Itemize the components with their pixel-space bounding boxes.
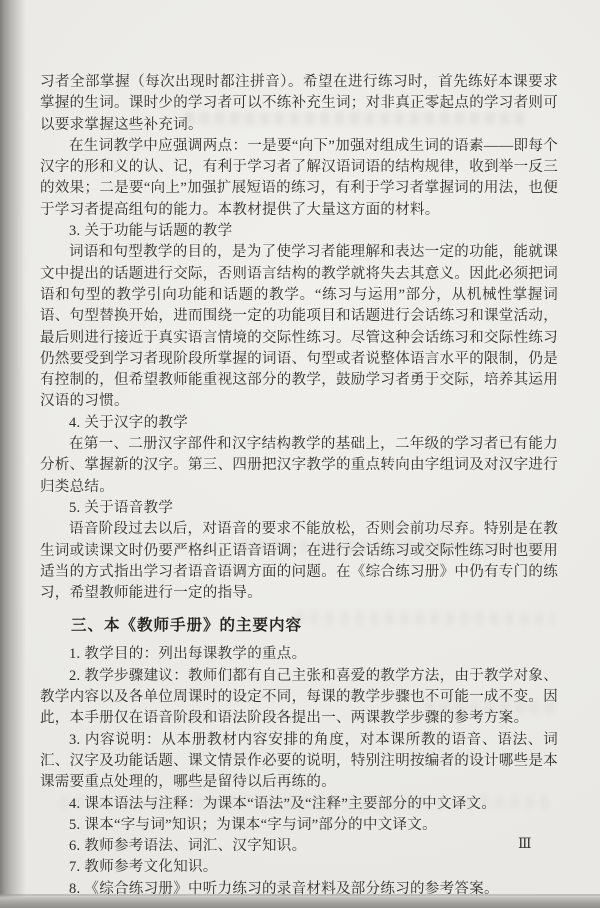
body-paragraph-hanzi: 在第一、二册汉字部件和汉字结构教学的基础上，二年级的学习者已有能力分析、掌握新的… <box>40 434 558 498</box>
subheading-phonetics-teaching: 5. 关于语音教学 <box>40 498 558 519</box>
manual-item-7: 7. 教师参考文化知识。 <box>40 857 558 878</box>
body-paragraph-vocab-continuation: 习者全部掌握（每次出现时都注拼音）。希望在进行练习时，首先练好本课要求掌握的生词… <box>40 72 558 136</box>
manual-item-2: 2. 教学步骤建议：教师们都有自己主张和喜爱的教学方法，由于教学对象、教学内容以… <box>40 666 558 730</box>
subheading-hanzi-teaching: 4. 关于汉字的教学 <box>40 413 558 434</box>
section-heading-manual-contents: 三、本《教师手册》的主要内容 <box>40 615 558 637</box>
manual-item-4: 4. 课本语法与注释：为课本“语法”及“注释”主要部分的中文译文。 <box>40 794 558 815</box>
scanned-book-page: 习者全部掌握（每次出现时都注拼音）。希望在进行练习时，首先练好本课要求掌握的生词… <box>0 0 600 908</box>
body-paragraph-vocab-two-points: 在生词教学中应强调两点：一是要“向下”加强对组成生词的语素——即每个汉字的形和义… <box>40 136 558 221</box>
page-content: 习者全部掌握（每次出现时都注拼音）。希望在进行练习时，首先练好本课要求掌握的生词… <box>40 72 558 900</box>
scan-edge-left-shadow <box>0 0 26 908</box>
body-paragraph-function-topic: 词语和句型教学的目的，是为了使学习者能理解和表达一定的功能，能就课文中提出的话题… <box>40 242 558 412</box>
subheading-function-topic-teaching: 3. 关于功能与话题的教学 <box>40 221 558 242</box>
manual-item-3: 3. 内容说明：从本册教材内容安排的角度，对本课所教的语音、语法、词汇、汉字及功… <box>40 730 558 794</box>
manual-item-8: 8. 《综合练习册》中听力练习的录音材料及部分练习的参考答案。 <box>40 879 558 900</box>
page-number: Ⅲ <box>518 836 532 853</box>
body-paragraph-phonetics: 语音阶段过去以后，对语音的要求不能放松，否则会前功尽弃。特别是在教生词或读课文时… <box>40 519 558 604</box>
manual-item-6: 6. 教师参考语法、词汇、汉字知识。 <box>40 836 558 857</box>
manual-item-5: 5. 课本“字与词”知识；为课本“字与词”部分的中文译文。 <box>40 815 558 836</box>
manual-item-1: 1. 教学目的：列出每课教学的重点。 <box>40 644 558 665</box>
